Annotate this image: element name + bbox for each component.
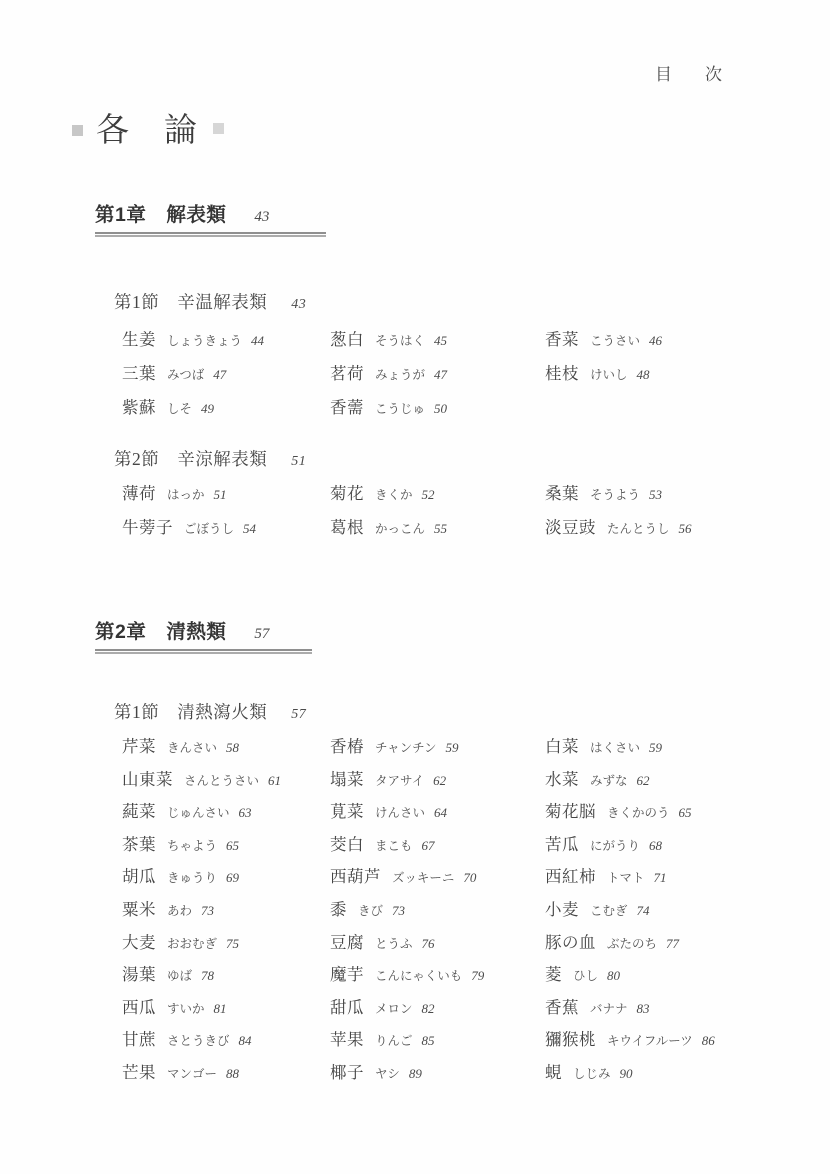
toc-entry: 香椿チャンチン59 <box>330 733 545 766</box>
toc-entry: 葱白そうはく45 <box>330 326 545 360</box>
toc-entry: 茗荷みょうが47 <box>330 360 545 394</box>
entry-name: 甜瓜 <box>330 998 364 1017</box>
entry-reading: しょうきょう <box>167 334 242 348</box>
entry-page-number: 65 <box>679 805 692 820</box>
entry-reading: かっこん <box>375 522 425 536</box>
entry-page-number: 83 <box>637 1001 650 1016</box>
toc-entry: 胡瓜きゅうり69 <box>122 863 330 896</box>
toc-entry: 芹菜きんさい58 <box>122 733 330 766</box>
entry-reading: しそ <box>167 402 192 416</box>
toc-entry: 白菜はくさい59 <box>545 733 790 766</box>
entry-reading: さとうきび <box>167 1034 230 1048</box>
entry-page-number: 54 <box>243 521 256 536</box>
toc-entry: 西瓜すいか81 <box>122 994 330 1027</box>
entry-page-number: 69 <box>226 870 239 885</box>
entry-name: 塌菜 <box>330 770 364 789</box>
entry-name: 小麦 <box>545 900 579 919</box>
toc-entry: 魔芋こんにゃくいも79 <box>330 961 545 994</box>
entry-reading: はくさい <box>590 741 640 755</box>
entry-name: 菊花 <box>330 484 364 503</box>
entry-page-number: 64 <box>434 805 447 820</box>
entry-reading: こうじゅ <box>375 402 425 416</box>
entry-page-number: 73 <box>201 903 214 918</box>
toc-entry: 粟米あわ73 <box>122 896 330 929</box>
entry-reading: きくかのう <box>607 806 670 820</box>
toc-entry: 蒓菜じゅんさい63 <box>122 798 330 831</box>
entry-name: 蜆 <box>545 1063 562 1082</box>
section-page-number: 43 <box>291 297 306 312</box>
entry-name: 西紅柿 <box>545 867 596 886</box>
toc-entry: 甜瓜メロン82 <box>330 994 545 1027</box>
toc-entry: 三葉みつば47 <box>122 360 330 394</box>
entry-reading: キウイフルーツ <box>607 1034 693 1048</box>
toc-entry: 茭白まこも67 <box>330 831 545 864</box>
entry-reading: まこも <box>375 839 413 853</box>
toc-entry: 椰子ヤシ89 <box>330 1059 545 1092</box>
entries-grid: 薄荷はっか51菊花きくか52桑葉そうよう53牛蒡子ごぼうし54葛根かっこん55淡… <box>122 480 790 548</box>
chapter-title: 第2章 清熱類 <box>95 621 226 643</box>
entry-reading: マンゴー <box>167 1067 217 1081</box>
entry-page-number: 82 <box>422 1001 435 1016</box>
entry-name: 西葫芦 <box>330 867 381 886</box>
toc-entry: 生姜しょうきょう44 <box>122 326 330 360</box>
entry-reading: ちゃよう <box>167 839 217 853</box>
decor-square-right-icon <box>213 123 224 134</box>
entry-name: 苹果 <box>330 1030 364 1049</box>
entry-name: 茶葉 <box>122 835 156 854</box>
toc-entry: 茶葉ちゃよう65 <box>122 831 330 864</box>
entry-page-number: 84 <box>239 1033 252 1048</box>
entry-name: 葱白 <box>330 330 364 349</box>
entry-reading: けいし <box>590 368 628 382</box>
entry-page-number: 55 <box>434 521 447 536</box>
entry-reading: ぶたのち <box>607 937 657 951</box>
toc-entry: 水菜みずな62 <box>545 766 790 799</box>
entry-reading: こんにゃくいも <box>375 969 462 983</box>
entry-reading: メロン <box>375 1002 413 1016</box>
toc-entry: 豆腐とうふ76 <box>330 929 545 962</box>
entry-reading: りんご <box>375 1034 413 1048</box>
entry-name: 黍 <box>330 900 347 919</box>
chapter-page-number: 57 <box>254 626 269 642</box>
entry-name: 苦瓜 <box>545 835 579 854</box>
toc-entry: 紫蘇しそ49 <box>122 394 330 428</box>
entry-name: 淡豆豉 <box>545 518 596 537</box>
entry-name: 生姜 <box>122 330 156 349</box>
toc-entry: 淡豆豉たんとうし56 <box>545 514 790 548</box>
entry-name: 西瓜 <box>122 998 156 1017</box>
entry-reading: チャンチン <box>375 741 437 755</box>
toc-entry: 菊花脳きくかのう65 <box>545 798 790 831</box>
toc-entry: 芒果マンゴー88 <box>122 1059 330 1092</box>
entry-reading: ヤシ <box>375 1067 400 1081</box>
entry-reading: そうはく <box>375 334 425 348</box>
entry-reading: ゆば <box>167 969 192 983</box>
entry-page-number: 76 <box>422 936 435 951</box>
entry-page-number: 62 <box>637 773 650 788</box>
toc-entry: 葛根かっこん55 <box>330 514 545 548</box>
entry-reading: みずな <box>590 774 628 788</box>
entry-reading: すいか <box>167 1002 205 1016</box>
entry-name: 豆腐 <box>330 933 364 952</box>
entry-page-number: 46 <box>649 333 662 348</box>
toc-entry: 塌菜タアサイ62 <box>330 766 545 799</box>
entry-page-number: 47 <box>213 367 226 382</box>
entry-reading: さんとうさい <box>184 774 259 788</box>
entry-reading: みつば <box>167 368 204 382</box>
entry-name: 薄荷 <box>122 484 156 503</box>
entry-name: 甘蔗 <box>122 1030 156 1049</box>
entry-reading: こむぎ <box>590 904 628 918</box>
entry-page-number: 85 <box>422 1033 435 1048</box>
entry-name: 桂枝 <box>545 364 579 383</box>
entry-page-number: 68 <box>649 838 662 853</box>
entries-grid: 生姜しょうきょう44葱白そうはく45香菜こうさい46三葉みつば47茗荷みょうが4… <box>122 326 790 428</box>
entry-name: 魔芋 <box>330 965 364 984</box>
entry-name: 湯葉 <box>122 965 156 984</box>
chapter-header: 第2章 清熱類57 <box>95 616 312 654</box>
entry-reading: きゅうり <box>167 871 217 885</box>
entry-page-number: 71 <box>654 870 667 885</box>
entry-reading: けんさい <box>375 806 425 820</box>
toc-entry: 苹果りんご85 <box>330 1026 545 1059</box>
toc-entry: 莧菜けんさい64 <box>330 798 545 831</box>
chapter-page-number: 43 <box>254 209 269 225</box>
entry-page-number: 45 <box>434 333 447 348</box>
entry-name: 茗荷 <box>330 364 364 383</box>
entry-name: 茭白 <box>330 835 364 854</box>
entry-page-number: 59 <box>446 740 459 755</box>
toc-entry: 菊花きくか52 <box>330 480 545 514</box>
entry-reading: トマト <box>607 871 645 885</box>
entry-page-number: 90 <box>620 1066 633 1081</box>
entry-page-number: 61 <box>268 773 281 788</box>
entry-page-number: 81 <box>214 1001 227 1016</box>
chapter-title: 第1章 解表類 <box>95 204 226 226</box>
section-title-text: 第1節 辛温解表類 <box>114 292 267 312</box>
toc-entry: 香蕉バナナ83 <box>545 994 790 1027</box>
toc-entry: 菱ひし80 <box>545 961 790 994</box>
entry-name: 椰子 <box>330 1063 364 1082</box>
entry-page-number: 88 <box>226 1066 239 1081</box>
entry-page-number: 79 <box>471 968 484 983</box>
toc-entry: 甘蔗さとうきび84 <box>122 1026 330 1059</box>
entry-name: 豚の血 <box>545 933 596 952</box>
entry-reading: じゅんさい <box>167 806 230 820</box>
entry-reading: きび <box>358 904 383 918</box>
entry-page-number: 51 <box>214 487 227 502</box>
entry-reading: ひし <box>573 969 598 983</box>
entry-page-number: 77 <box>666 936 679 951</box>
entry-name: 胡瓜 <box>122 867 156 886</box>
entry-name: 芒果 <box>122 1063 156 1082</box>
entry-reading: みょうが <box>375 368 425 382</box>
main-heading-text: 各 論 <box>96 104 198 151</box>
entry-name: 粟米 <box>122 900 156 919</box>
entry-page-number: 56 <box>679 521 692 536</box>
entry-name: 山東菜 <box>122 770 173 789</box>
entry-page-number: 80 <box>607 968 620 983</box>
toc-entry: 香薷こうじゅ50 <box>330 394 545 428</box>
section-page-number: 57 <box>291 707 306 722</box>
entry-reading: しじみ <box>573 1067 611 1081</box>
entry-page-number: 44 <box>251 333 264 348</box>
section-title: 第1節 清熱瀉火類57 <box>114 699 306 724</box>
toc-entry: 蜆しじみ90 <box>545 1059 790 1092</box>
entry-reading: こうさい <box>590 334 640 348</box>
entry-page-number: 74 <box>637 903 650 918</box>
entry-name: 水菜 <box>545 770 579 789</box>
toc-entry: 西葫芦ズッキーニ70 <box>330 863 545 896</box>
entry-reading: はっか <box>167 488 205 502</box>
entry-page-number: 73 <box>392 903 405 918</box>
entry-name: 牛蒡子 <box>122 518 173 537</box>
toc-entry: 小麦こむぎ74 <box>545 896 790 929</box>
entries-grid: 芹菜きんさい58香椿チャンチン59白菜はくさい59山東菜さんとうさい61塌菜タア… <box>122 733 790 1092</box>
entry-page-number: 86 <box>702 1033 715 1048</box>
entry-name: 三葉 <box>122 364 156 383</box>
entry-page-number: 48 <box>637 367 650 382</box>
section-title-text: 第2節 辛涼解表類 <box>114 449 267 469</box>
entry-name: 菱 <box>545 965 562 984</box>
toc-entry: 西紅柿トマト71 <box>545 863 790 896</box>
entry-name: 香薷 <box>330 398 364 417</box>
entry-page-number: 59 <box>649 740 662 755</box>
entry-name: 蒓菜 <box>122 802 156 821</box>
entry-name: 大麦 <box>122 933 156 952</box>
toc-entry: 獼猴桃キウイフルーツ86 <box>545 1026 790 1059</box>
toc-page: 目 次 各 論 第1章 解表類43第1節 辛温解表類43生姜しょうきょう44葱白… <box>0 0 830 1174</box>
entry-page-number: 58 <box>226 740 239 755</box>
toc-entry: 薄荷はっか51 <box>122 480 330 514</box>
entry-reading: たんとうし <box>607 522 670 536</box>
entry-page-number: 70 <box>463 870 476 885</box>
main-heading: 各 論 <box>72 104 224 151</box>
entry-name: 芹菜 <box>122 737 156 756</box>
toc-entry: 湯葉ゆば78 <box>122 961 330 994</box>
entry-reading: とうふ <box>375 937 413 951</box>
toc-entry: 香菜こうさい46 <box>545 326 790 360</box>
entry-page-number: 75 <box>226 936 239 951</box>
entry-page-number: 49 <box>201 401 214 416</box>
toc-entry: 桂枝けいし48 <box>545 360 790 394</box>
entry-reading: バナナ <box>590 1002 628 1016</box>
entry-page-number: 52 <box>422 487 435 502</box>
section-title: 第1節 辛温解表類43 <box>114 289 306 314</box>
chapter-underline <box>95 649 312 654</box>
entry-name: 莧菜 <box>330 802 364 821</box>
section-title-text: 第1節 清熱瀉火類 <box>114 702 267 722</box>
entry-reading: タアサイ <box>375 774 424 788</box>
entry-reading: にがうり <box>590 839 640 853</box>
entry-reading: ごぼうし <box>184 522 234 536</box>
entry-reading: あわ <box>167 904 192 918</box>
entry-page-number: 67 <box>422 838 435 853</box>
entry-reading: きくか <box>375 488 413 502</box>
entry-page-number: 50 <box>434 401 447 416</box>
toc-entry: 黍きび73 <box>330 896 545 929</box>
entry-name: 菊花脳 <box>545 802 596 821</box>
entry-page-number: 47 <box>434 367 447 382</box>
entry-name: 紫蘇 <box>122 398 156 417</box>
entry-name: 白菜 <box>545 737 579 756</box>
section-title: 第2節 辛涼解表類51 <box>114 446 306 471</box>
chapter-header: 第1章 解表類43 <box>95 199 326 237</box>
toc-entry: 豚の血ぶたのち77 <box>545 929 790 962</box>
entry-name: 桑葉 <box>545 484 579 503</box>
page-corner-title: 目 次 <box>655 60 730 85</box>
entry-page-number: 89 <box>409 1066 422 1081</box>
section-page-number: 51 <box>291 454 306 469</box>
entry-name: 香椿 <box>330 737 364 756</box>
toc-entry: 大麦おおむぎ75 <box>122 929 330 962</box>
entry-page-number: 62 <box>433 773 446 788</box>
entry-name: 葛根 <box>330 518 364 537</box>
entry-page-number: 78 <box>201 968 214 983</box>
chapter-underline <box>95 232 326 237</box>
entry-name: 獼猴桃 <box>545 1030 596 1049</box>
entry-reading: そうよう <box>590 488 640 502</box>
entry-page-number: 53 <box>649 487 662 502</box>
decor-square-left-icon <box>72 125 83 136</box>
entry-reading: きんさい <box>167 741 217 755</box>
entry-name: 香菜 <box>545 330 579 349</box>
toc-entry: 苦瓜にがうり68 <box>545 831 790 864</box>
toc-entry: 桑葉そうよう53 <box>545 480 790 514</box>
toc-entry: 牛蒡子ごぼうし54 <box>122 514 330 548</box>
entry-page-number: 65 <box>226 838 239 853</box>
entry-page-number: 63 <box>239 805 252 820</box>
entry-reading: ズッキーニ <box>392 871 454 885</box>
entry-name: 香蕉 <box>545 998 579 1017</box>
toc-entry: 山東菜さんとうさい61 <box>122 766 330 799</box>
entry-reading: おおむぎ <box>167 937 217 951</box>
